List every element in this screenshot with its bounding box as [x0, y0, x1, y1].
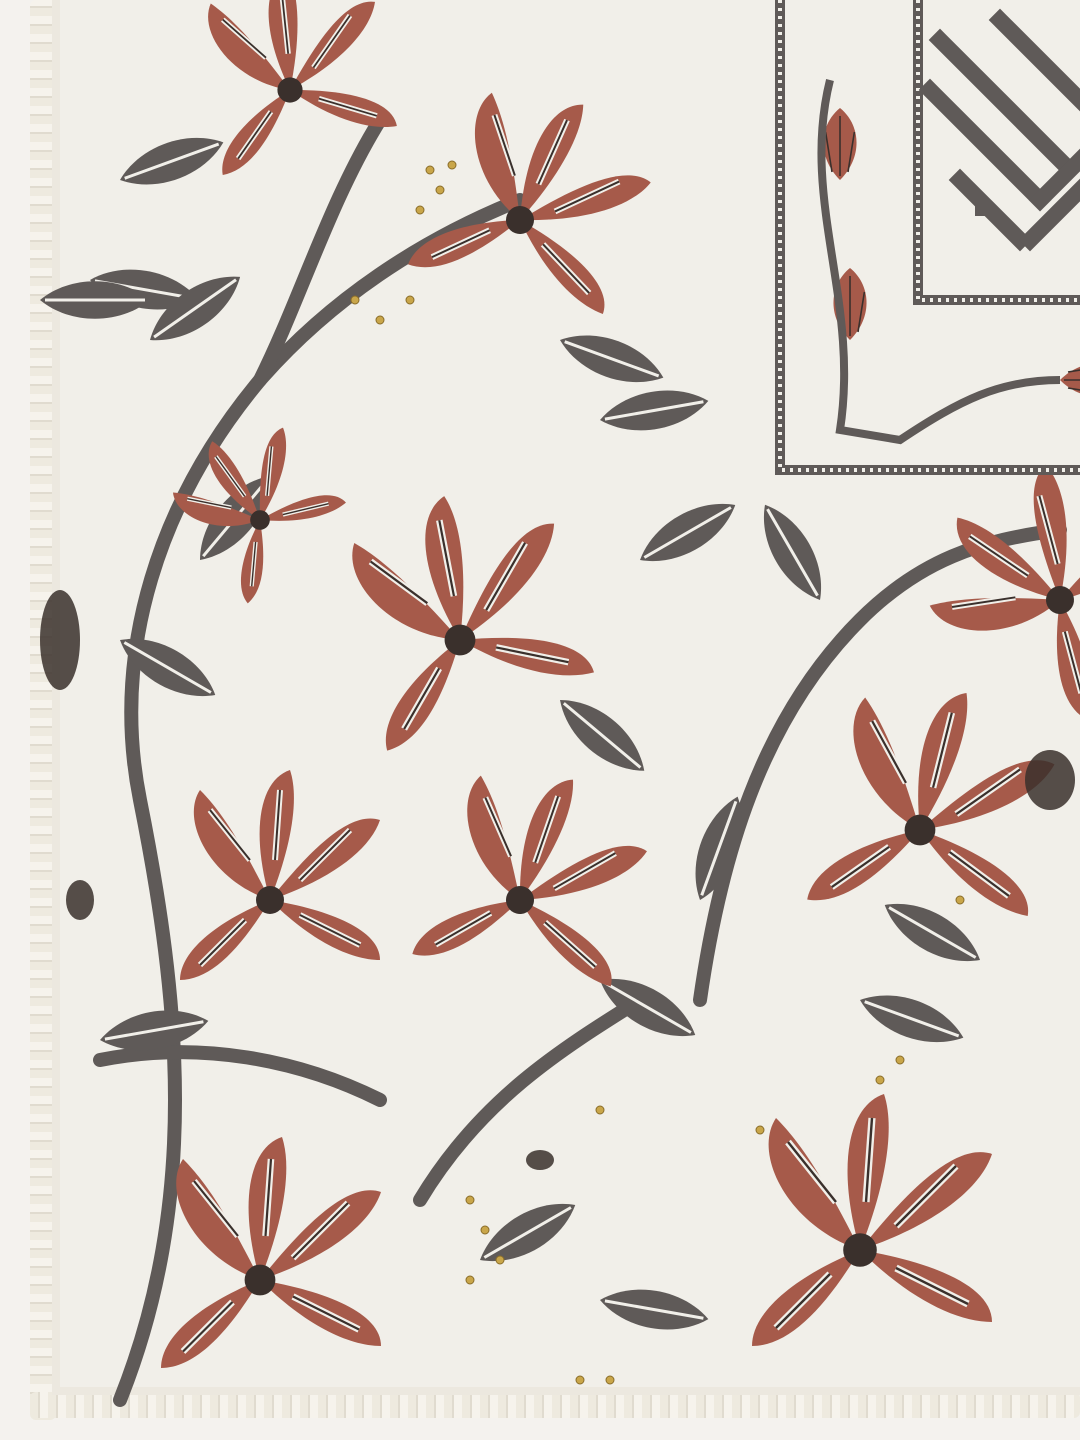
print-pattern — [0, 0, 1080, 1440]
textile-photo — [0, 0, 1080, 1440]
